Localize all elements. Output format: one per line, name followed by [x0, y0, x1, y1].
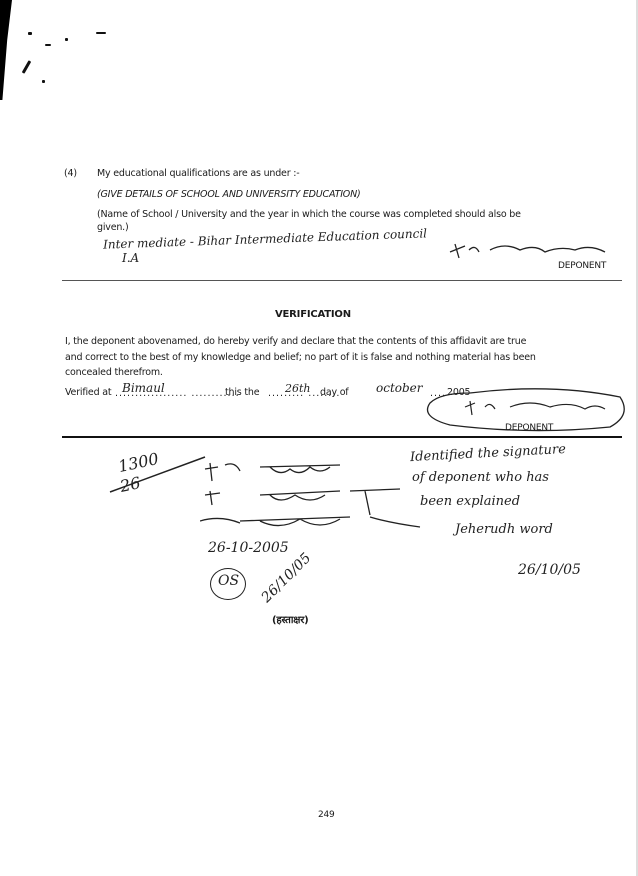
qualifications-note-line1: (Name of School / University and the yea…: [97, 209, 521, 220]
qualifications-note-line2: given.): [97, 222, 128, 233]
this-the-label: this the: [225, 387, 259, 398]
diagonal-date: 26/10/05: [259, 550, 315, 606]
verification-divider: [62, 436, 622, 438]
deponent-signature-1: [445, 240, 615, 262]
initials-circle: [210, 568, 246, 600]
english-note-line1: Identified the signature: [410, 442, 567, 465]
deponent-label-2: DEPONENT: [505, 423, 553, 433]
stamp-label: (हस्ताक्षर): [272, 612, 309, 626]
scan-speck: [96, 32, 106, 34]
qualifications-intro: My educational qualifications are as und…: [97, 168, 299, 179]
scan-speck: [22, 60, 32, 74]
scan-speck: [45, 44, 51, 46]
item-number: (4): [64, 168, 77, 179]
page-number: 249: [318, 810, 335, 820]
scan-speck: [42, 80, 45, 83]
day-of-label: day of: [320, 387, 348, 398]
handwritten-degree: I.A: [122, 251, 139, 265]
verification-title: VERIFICATION: [275, 309, 351, 320]
stamp-slash: [105, 452, 215, 497]
handwritten-qualification: Inter mediate - Bihar Intermediate Educa…: [103, 226, 427, 251]
verified-at-label: Verified at: [65, 387, 111, 398]
verification-body-line2: and correct to the best of my knowledge …: [65, 352, 536, 363]
english-note-line2: of deponent who has: [412, 470, 549, 485]
hindi-date: 26-10-2005: [208, 540, 289, 556]
english-note-date: 26/10/05: [518, 562, 581, 578]
qualifications-instruction: (GIVE DETAILS OF SCHOOL AND UNIVERSITY E…: [97, 189, 361, 200]
verification-body-line1: I, the deponent abovenamed, do hereby ve…: [65, 336, 526, 347]
scan-artifact-edge: [0, 0, 12, 100]
english-note-line3: been explained: [420, 494, 520, 509]
deponent-label-1: DEPONENT: [558, 261, 606, 271]
scan-speck: [28, 32, 32, 35]
scan-speck: [65, 38, 68, 41]
verification-body-line3: concealed therefrom.: [65, 367, 163, 378]
section-divider: [62, 280, 622, 281]
english-note-line4: Jeherudh word: [455, 522, 553, 537]
